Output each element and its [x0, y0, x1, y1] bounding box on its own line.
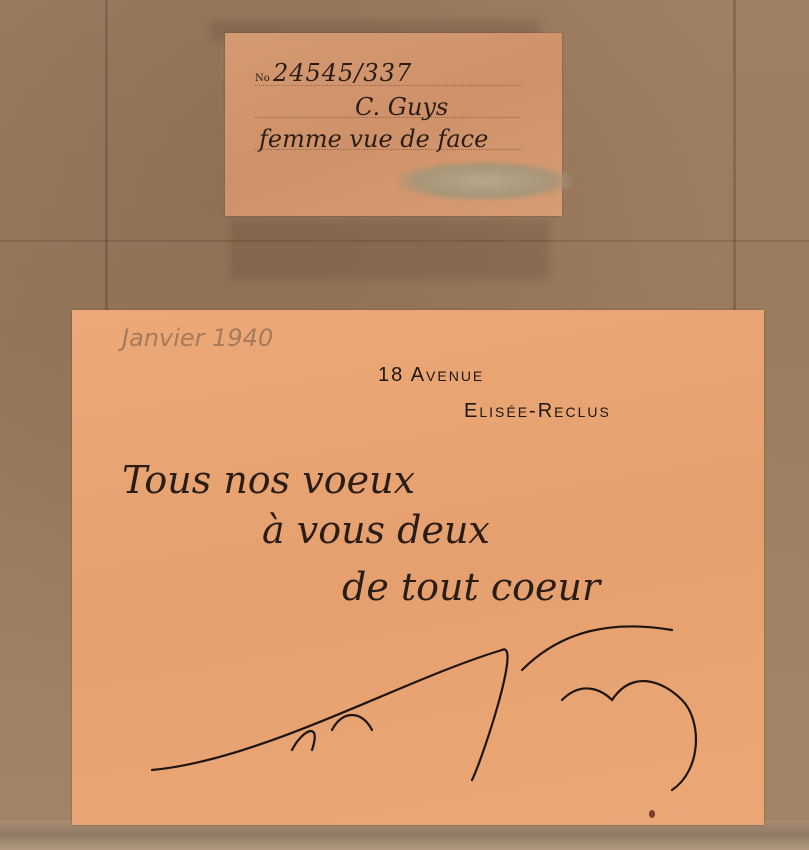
- dedication-card: Janvier 1940 18 Avenue Elisée-Reclus Tou…: [72, 310, 764, 825]
- adhesive-residue: [230, 220, 550, 280]
- address-line-1: 18 Avenue: [378, 364, 484, 387]
- ink-spot: [649, 810, 655, 818]
- message-line-1: Tous nos voeux: [122, 458, 415, 502]
- inventory-number: 24545/337: [273, 59, 412, 87]
- pencil-date: Janvier 1940: [122, 324, 273, 352]
- artist-name: C. Guys: [355, 93, 448, 121]
- message-line-3: de tout coeur: [342, 565, 600, 609]
- signature-icon: [142, 610, 722, 800]
- artwork-title: femme vue de face: [259, 125, 488, 153]
- address-line-2: Elisée-Reclus: [464, 400, 611, 423]
- inventory-label: No 24545/337 C. Guys femme vue de face: [225, 33, 562, 216]
- message-line-2: à vous deux: [262, 508, 490, 552]
- number-prefix: No: [255, 73, 270, 84]
- torn-paper-patch: [397, 161, 572, 201]
